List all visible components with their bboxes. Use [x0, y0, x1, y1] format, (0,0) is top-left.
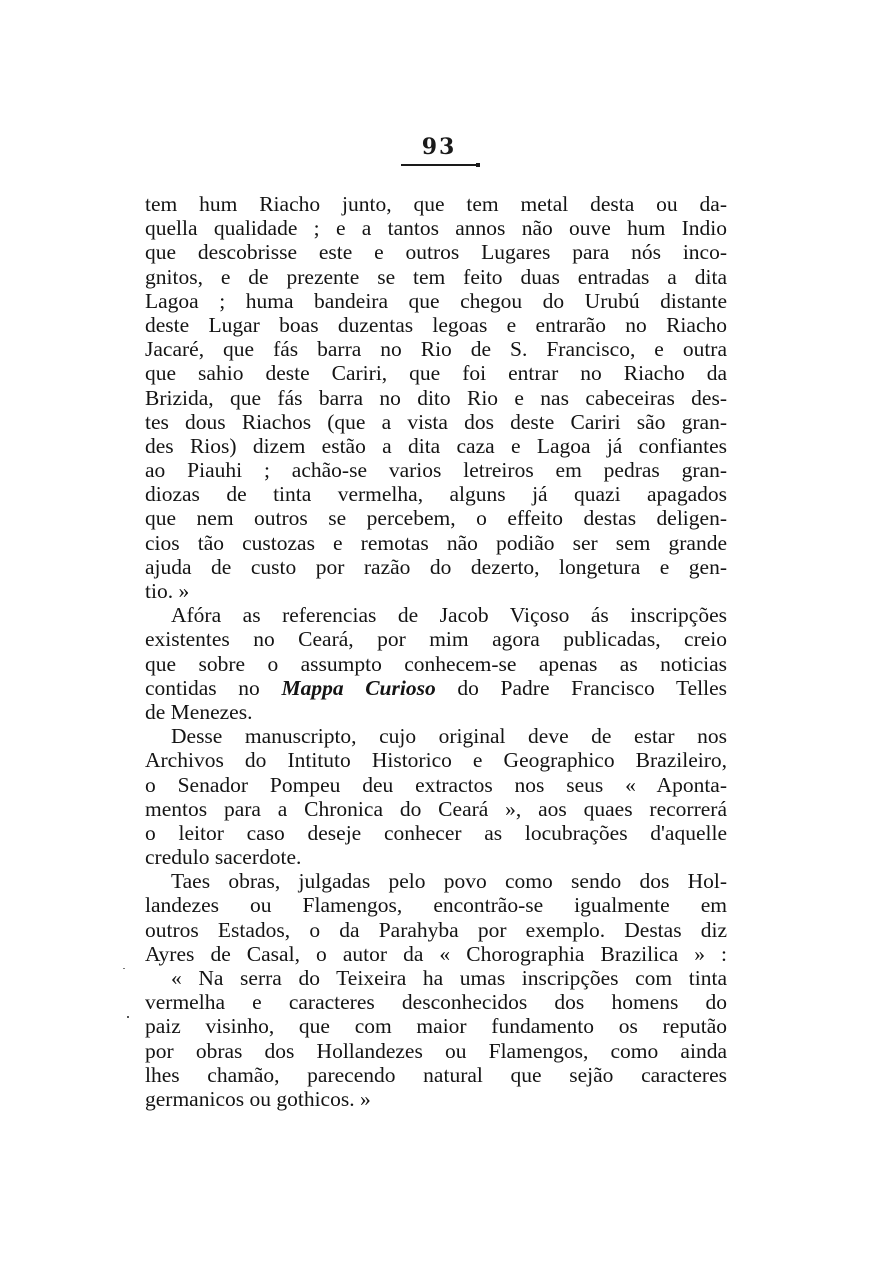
text-line: Taes obras, julgadas pelo povo como send… — [145, 869, 727, 893]
text-line: lhes chamão, parecendo natural que sejão… — [145, 1063, 727, 1087]
text-line: cios tão custozas e remotas não podião s… — [145, 531, 727, 555]
text-line: gnitos, e de prezente se tem feito duas … — [145, 265, 727, 289]
text-line: Jacaré, que fás barra no Rio de S. Franc… — [145, 337, 727, 361]
paragraph-4: Taes obras, julgadas pelo povo como send… — [145, 869, 727, 966]
text-line: Ayres de Casal, o autor da « Chorographi… — [145, 942, 727, 966]
text-line: o leitor caso deseje conhecer as locubra… — [145, 821, 727, 845]
text-line: Lagoa ; huma bandeira que chegou do Urub… — [145, 289, 727, 313]
text-line: Desse manuscripto, cujo original deve de… — [145, 724, 727, 748]
text-line: tes dous Riachos (que a vista dos deste … — [145, 410, 727, 434]
text-line: que descobrisse este e outros Lugares pa… — [145, 240, 727, 264]
text-line: ao Piauhi ; achão-se varios letreiros em… — [145, 458, 727, 482]
text-line: des Rios) dizem estão a dita caza e Lago… — [145, 434, 727, 458]
header-rule — [401, 164, 480, 166]
text-line: germanicos ou gothicos. » — [145, 1087, 727, 1111]
paragraph-2: Afóra as referencias de Jacob Viçoso ás … — [145, 603, 727, 724]
paragraph-5-quotation: « Na serra do Teixeira ha umas inscripçõ… — [145, 966, 727, 1111]
text-line: que sobre o assumpto conhecem-se apenas … — [145, 652, 727, 676]
page-number: 93 — [414, 134, 464, 160]
text-fragment: contidas no — [145, 676, 281, 700]
text-line: deste Lugar boas duzentas legoas e entra… — [145, 313, 727, 337]
text-line: quella qualidade ; e a tantos annos não … — [145, 216, 727, 240]
text-line-with-title: contidas no Mappa Curioso do Padre Franc… — [145, 676, 727, 700]
text-line: credulo sacerdote. — [145, 845, 727, 869]
text-line: tio. » — [145, 579, 727, 603]
text-fragment: do Padre Francisco Telles — [436, 676, 727, 700]
text-line: que sahio deste Cariri, que foi entrar n… — [145, 361, 727, 385]
text-line: « Na serra do Teixeira ha umas inscripçõ… — [145, 966, 727, 990]
text-line: tem hum Riacho junto, que tem metal dest… — [145, 192, 727, 216]
text-line: mentos para a Chronica do Ceará », aos q… — [145, 797, 727, 821]
text-line: por obras dos Hollandezes ou Flamengos, … — [145, 1039, 727, 1063]
text-line: de Menezes. — [145, 700, 727, 724]
text-line: que nem outros se percebem, o effeito de… — [145, 506, 727, 530]
text-line: ajuda de custo por razão do dezerto, lon… — [145, 555, 727, 579]
page-header: 93 — [0, 134, 893, 174]
header-rule-end — [476, 163, 480, 167]
scan-speck — [123, 968, 125, 969]
text-line: existentes no Ceará, por mim agora publi… — [145, 627, 727, 651]
paragraph-3: Desse manuscripto, cujo original deve de… — [145, 724, 727, 869]
book-page: 93 tem hum Riacho junto, que tem metal d… — [0, 0, 893, 1263]
text-line: o Senador Pompeu deu extractos nos seus … — [145, 773, 727, 797]
book-title-mappa-curioso: Mappa Curioso — [281, 676, 435, 700]
scan-speck — [127, 1016, 129, 1018]
text-line: Afóra as referencias de Jacob Viçoso ás … — [145, 603, 727, 627]
body-text: tem hum Riacho junto, que tem metal dest… — [145, 192, 727, 1111]
text-line: Brizida, que fás barra no dito Rio e nas… — [145, 386, 727, 410]
text-line: paiz visinho, que com maior fundamento o… — [145, 1014, 727, 1038]
text-line: diozas de tinta vermelha, alguns já quaz… — [145, 482, 727, 506]
paragraph-1: tem hum Riacho junto, que tem metal dest… — [145, 192, 727, 603]
text-line: outros Estados, o da Parahyba por exempl… — [145, 918, 727, 942]
text-line: Archivos do Intituto Historico e Geograp… — [145, 748, 727, 772]
text-line: landezes ou Flamengos, encontrão-se igua… — [145, 893, 727, 917]
text-line: vermelha e caracteres desconhecidos dos … — [145, 990, 727, 1014]
